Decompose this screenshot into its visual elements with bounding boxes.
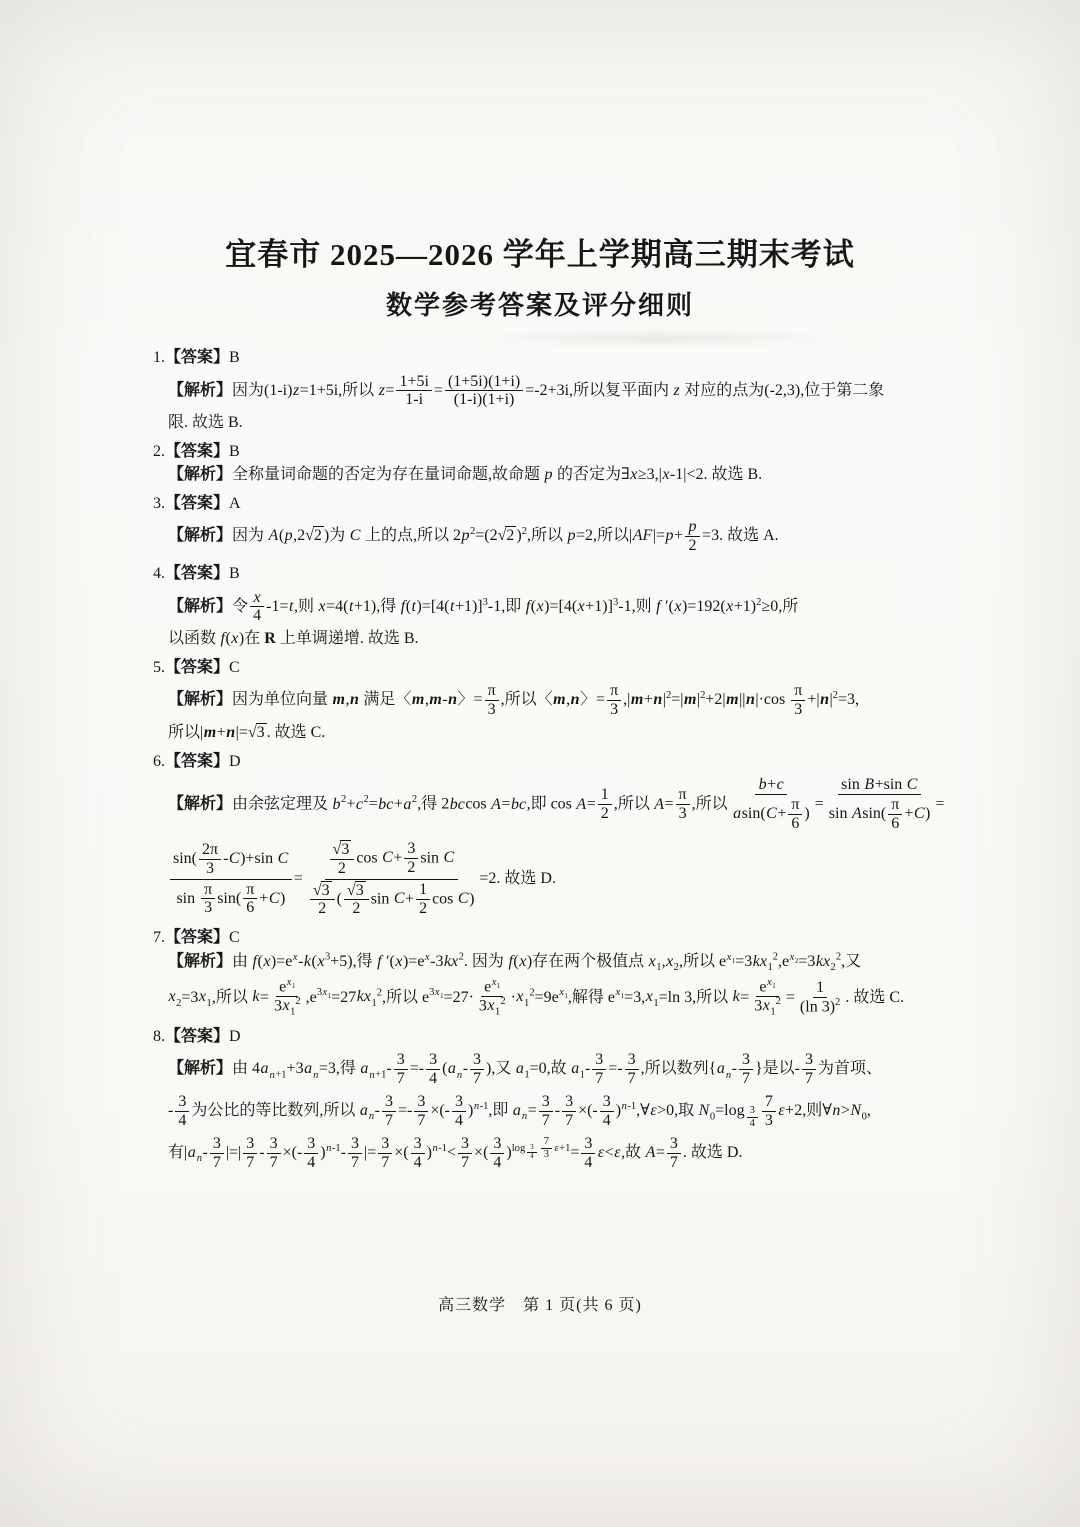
solution-line: 【解析】因为(1-i)z=1+5i,所以 z=1+5i1-i=(1+5i)(1+… [168,372,927,411]
answer-item: 1.【答案】B【解析】因为(1-i)z=1+5i,所以 z=1+5i1-i=(1… [153,348,927,434]
answer-head: 6.【答案】D [153,752,927,772]
answer-head: 3.【答案】A [153,494,927,514]
page-subtitle: 数学参考答案及评分细则 [0,285,1080,322]
answer-item: 4.【答案】B【解析】令x4-1=t,则 x=4(t+1),得 f(t)=[4(… [153,564,927,650]
solution-line: 【解析】全称量词命题的否定为存在量词命题,故命题 p 的否定为∃x≥3,|x-1… [168,465,927,485]
solution-line: 【解析】因为单位向量 m,n 满足〈m,m-n〉=π3,所以〈m,n〉=π3,|… [168,681,927,720]
answer-item: 2.【答案】B【解析】全称量词命题的否定为存在量词命题,故命题 p 的否定为∃x… [153,442,927,486]
answer-list: 1.【答案】B【解析】因为(1-i)z=1+5i,所以 z=1+5i1-i=(1… [153,348,927,1173]
document-page: 宜春市 2025—2026 学年上学期高三期末考试 数学参考答案及评分细则 1.… [0,0,1080,1527]
answer-item: 6.【答案】D【解析】由余弦定理及 b2+c2=bc+a2,得 2bccos A… [153,752,927,921]
answer-head: 7.【答案】C [153,928,927,948]
answer-head: 2.【答案】B [153,442,927,462]
solution-line: 有|an-37|=|37-37×(-34)n-1-37|=37×(34)n-1<… [168,1134,927,1173]
answer-item: 5.【答案】C【解析】因为单位向量 m,n 满足〈m,m-n〉=π3,所以〈m,… [153,658,927,744]
answer-head: 1.【答案】B [153,348,927,368]
answer-item: 8.【答案】D【解析】由 4an+1+3an=3,得 an+1-37=-34(a… [153,1027,927,1173]
solution-line: 【解析】由余弦定理及 b2+c2=bc+a2,得 2bccos A=bc,即 c… [168,775,927,835]
answer-item: 3.【答案】A【解析】因为 A(p,2√2)为 C 上的点,所以 2p2=(2√… [153,494,927,556]
solution-line: 所以|m+n|=√3. 故选 C. [168,723,927,743]
scan-smudge-artifact [468,329,848,347]
page-footer: 高三数学 第 1 页(共 6 页) [0,1292,1080,1315]
solution-line: 【解析】由 4an+1+3an=3,得 an+1-37=-34(an-37),又… [168,1050,927,1089]
page-title: 宜春市 2025—2026 学年上学期高三期末考试 [0,0,1080,272]
answer-item: 7.【答案】C【解析】由 f(x)=ex-k(x3+5),得 f ′(x)=ex… [153,928,927,1019]
solution-line: -34为公比的等比数列,所以 an-37=-37×(-34)n-1,即 an=3… [168,1092,927,1131]
answer-head: 4.【答案】B [153,564,927,584]
solution-line: 【解析】由 f(x)=ex-k(x3+5),得 f ′(x)=ex-3kx2. … [168,952,927,974]
solution-line: 【解析】因为 A(p,2√2)为 C 上的点,所以 2p2=(2√2)2,所以 … [168,517,927,556]
solution-line: 限. 故选 B. [168,413,927,433]
solution-line: 【解析】令x4-1=t,则 x=4(t+1),得 f(t)=[4(t+1)]3-… [168,588,927,627]
answer-head: 8.【答案】D [153,1027,927,1047]
solution-line: 以函数 f(x)在 R 上单调递增. 故选 B. [168,629,927,649]
answer-head: 5.【答案】C [153,658,927,678]
solution-line: sin(2π3-C)+sin Csin π3sin(π6+C)=√32cos C… [168,838,927,921]
solution-line: x2=3x1,所以 k=ex13x12,e3x1=27kx12,所以 e3x1=… [168,977,927,1019]
